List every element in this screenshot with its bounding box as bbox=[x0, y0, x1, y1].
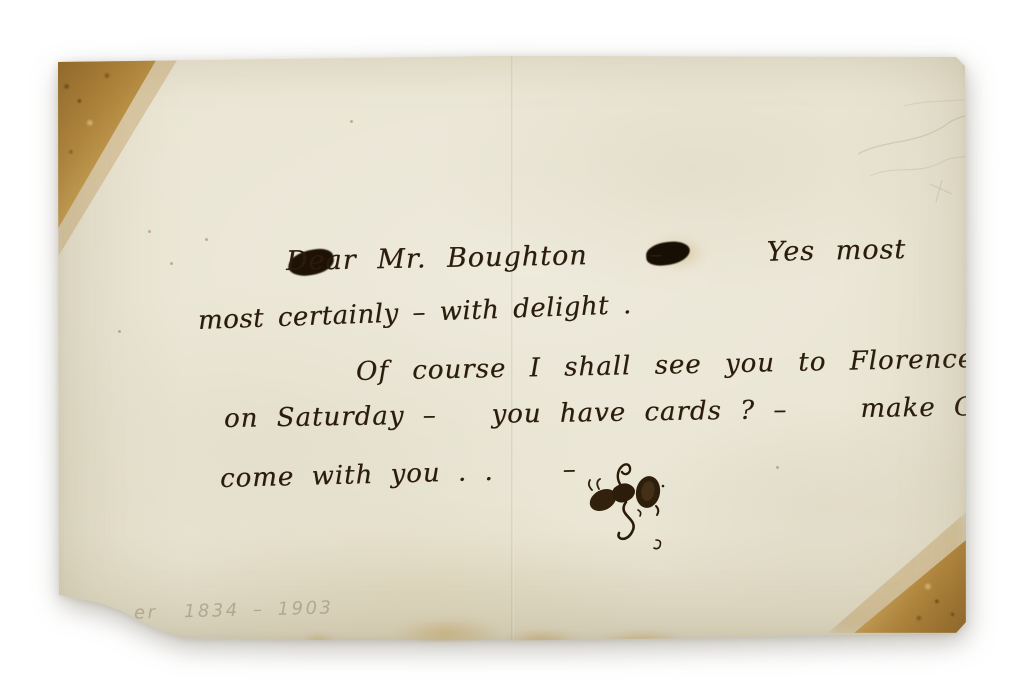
paper-edge-shading bbox=[56, 36, 968, 640]
edge-stain bbox=[494, 625, 590, 655]
edge-stain bbox=[588, 627, 700, 653]
handwriting-line-1: Dear Mr. Boughton – Yes most bbox=[286, 236, 907, 275]
fold-crease bbox=[511, 36, 514, 640]
pencil-inscription: er 1834 – 1903 bbox=[134, 597, 334, 623]
butterfly-signature-icon bbox=[586, 444, 672, 554]
foxing-spot bbox=[170, 262, 173, 265]
letter-paper-wrapper: Dear Mr. Boughton – Yes most most certai… bbox=[56, 36, 968, 640]
foxing-spot bbox=[118, 330, 121, 333]
photo-background: Dear Mr. Boughton – Yes most most certai… bbox=[0, 0, 1024, 687]
foxing-spot bbox=[205, 238, 208, 241]
handwriting-line-2: most certainly – with delight . bbox=[198, 292, 633, 334]
handwriting-line-5: come with you . . – bbox=[220, 457, 577, 492]
letter-paper: Dear Mr. Boughton – Yes most most certai… bbox=[56, 36, 968, 640]
edge-stain bbox=[376, 612, 518, 654]
handwriting-line-3: Of course I shall see you to Florence bbox=[356, 346, 975, 385]
handwriting-line-4: on Saturday – you have cards ? – make Ge… bbox=[224, 393, 1024, 432]
foxing-spot bbox=[776, 466, 779, 469]
pencil-scribbles bbox=[844, 88, 1014, 218]
paper-texture bbox=[56, 36, 968, 640]
foxing-spot bbox=[148, 230, 151, 233]
edge-stain bbox=[298, 631, 340, 649]
foxing-spot bbox=[350, 120, 353, 123]
